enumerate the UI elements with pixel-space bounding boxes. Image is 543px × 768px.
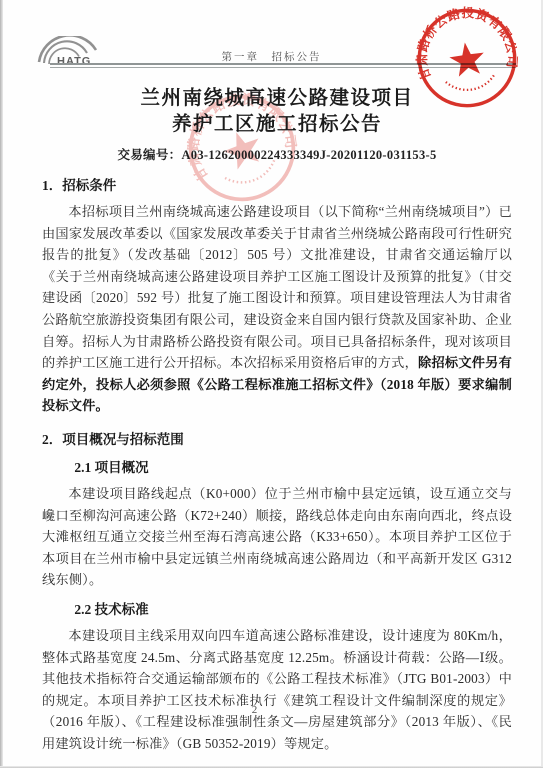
section-2-2-paragraph: 本建设项目主线采用双向四车道高速公路标准建设，设计速度为 80Km/h，整体式路…: [42, 625, 512, 755]
document-title: 兰州南绕城高速公路建设项目 养护工区施工招标公告: [42, 86, 512, 138]
section-1-paragraph: 本招标项目兰州南绕城高速公路建设项目（以下简称“兰州南绕城项目”）已由国家发展改…: [42, 201, 512, 417]
header-divider: [50, 63, 516, 68]
document-body: 兰州南绕城高速公路建设项目 养护工区施工招标公告 交易编号：A03-126200…: [42, 80, 512, 754]
title-line-1: 兰州南绕城高速公路建设项目: [140, 88, 413, 109]
section-2-1-heading: 2.1 项目概况: [42, 459, 512, 477]
scanned-document-page: 甘肃路桥公路投资有限公司 HATG 第一章 招标公告 兰州南绕城高速公路建设项目…: [0, 0, 543, 768]
chapter-heading: 第一章 招标公告: [0, 49, 543, 64]
transaction-label: 交易编号：: [117, 148, 181, 162]
section-2-heading: 2．项目概况与招标范围: [42, 431, 512, 449]
scan-edge-left: [0, 0, 3, 768]
section-2-1-paragraph: 本建设项目路线起点（K0+000）位于兰州市榆中县定远镇，设互通立交与巉口至柳沟…: [42, 483, 512, 591]
section-1-text: 本招标项目兰州南绕城高速公路建设项目（以下简称“兰州南绕城项目”）已由国家发展改…: [42, 204, 512, 370]
section-1-heading: 1．招标条件: [42, 177, 512, 195]
transaction-number: 交易编号：A03-12620000224333349J-20201120-031…: [42, 145, 512, 163]
title-line-2: 养护工区施工招标公告: [172, 114, 382, 135]
page-number: 2: [0, 704, 526, 716]
transaction-value: A03-12620000224333349J-20201120-031153-5: [181, 148, 436, 162]
section-2-2-heading: 2.2 技术标准: [42, 601, 512, 619]
